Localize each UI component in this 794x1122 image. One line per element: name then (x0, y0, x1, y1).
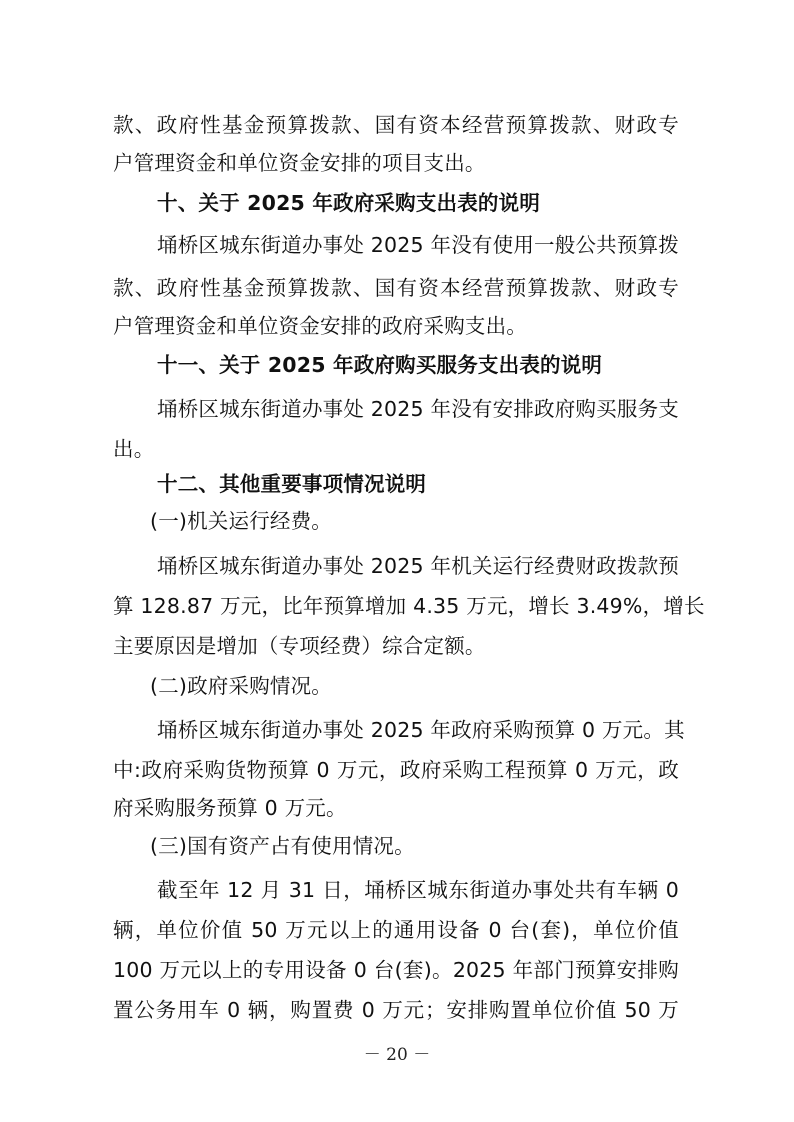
body-line: 100 万元以上的专用设备 0 台(套)。2025 年部门预算安排购 (113, 956, 679, 984)
body-line: 埇桥区城东街道办事处 2025 年没有安排政府购买服务支 (157, 395, 679, 423)
body-line: 主要原因是增加（专项经费）综合定额。 (113, 632, 679, 660)
body-line: 置公务用车 0 辆，购置费 0 万元；安排购置单位价值 50 万 (113, 996, 679, 1024)
body-line: 府采购服务预算 0 万元。 (113, 794, 679, 822)
body-line: 截至年 12 月 31 日，埇桥区城东街道办事处共有车辆 0 (157, 876, 679, 904)
document-page: 款、政府性基金预算拨款、国有资本经营预算拨款、财政专 户管理资金和单位资金安排的… (0, 0, 794, 1122)
body-line: 户管理资金和单位资金安排的项目支出。 (113, 149, 679, 177)
body-line: 款、政府性基金预算拨款、国有资本经营预算拨款、财政专 (113, 274, 679, 302)
subsection-heading-3: (三)国有资产占有使用情况。 (150, 832, 716, 860)
section-heading-10: 十、关于 2025 年政府采购支出表的说明 (157, 189, 723, 217)
body-line: 埇桥区城东街道办事处 2025 年机关运行经费财政拨款预 (157, 552, 679, 580)
body-line: 埇桥区城东街道办事处 2025 年政府采购预算 0 万元。其 (157, 716, 679, 744)
page-number: － 20 － (0, 1040, 794, 1065)
subsection-heading-1: (一)机关运行经费。 (150, 507, 716, 535)
section-heading-11: 十一、关于 2025 年政府购买服务支出表的说明 (157, 351, 723, 379)
body-line: 中:政府采购货物预算 0 万元，政府采购工程预算 0 万元，政 (113, 756, 679, 784)
subsection-heading-2: (二)政府采购情况。 (150, 672, 716, 700)
body-line: 辆，单位价值 50 万元以上的通用设备 0 台(套)，单位价值 (113, 916, 679, 944)
body-line: 出。 (113, 435, 679, 463)
body-line: 款、政府性基金预算拨款、国有资本经营预算拨款、财政专 (113, 111, 679, 139)
section-heading-12: 十二、其他重要事项情况说明 (157, 470, 723, 498)
body-line: 算 128.87 万元，比年预算增加 4.35 万元，增长 3.49%，增长 (113, 592, 679, 620)
body-line: 户管理资金和单位资金安排的政府采购支出。 (113, 312, 679, 340)
body-line: 埇桥区城东街道办事处 2025 年没有使用一般公共预算拨 (157, 231, 679, 259)
